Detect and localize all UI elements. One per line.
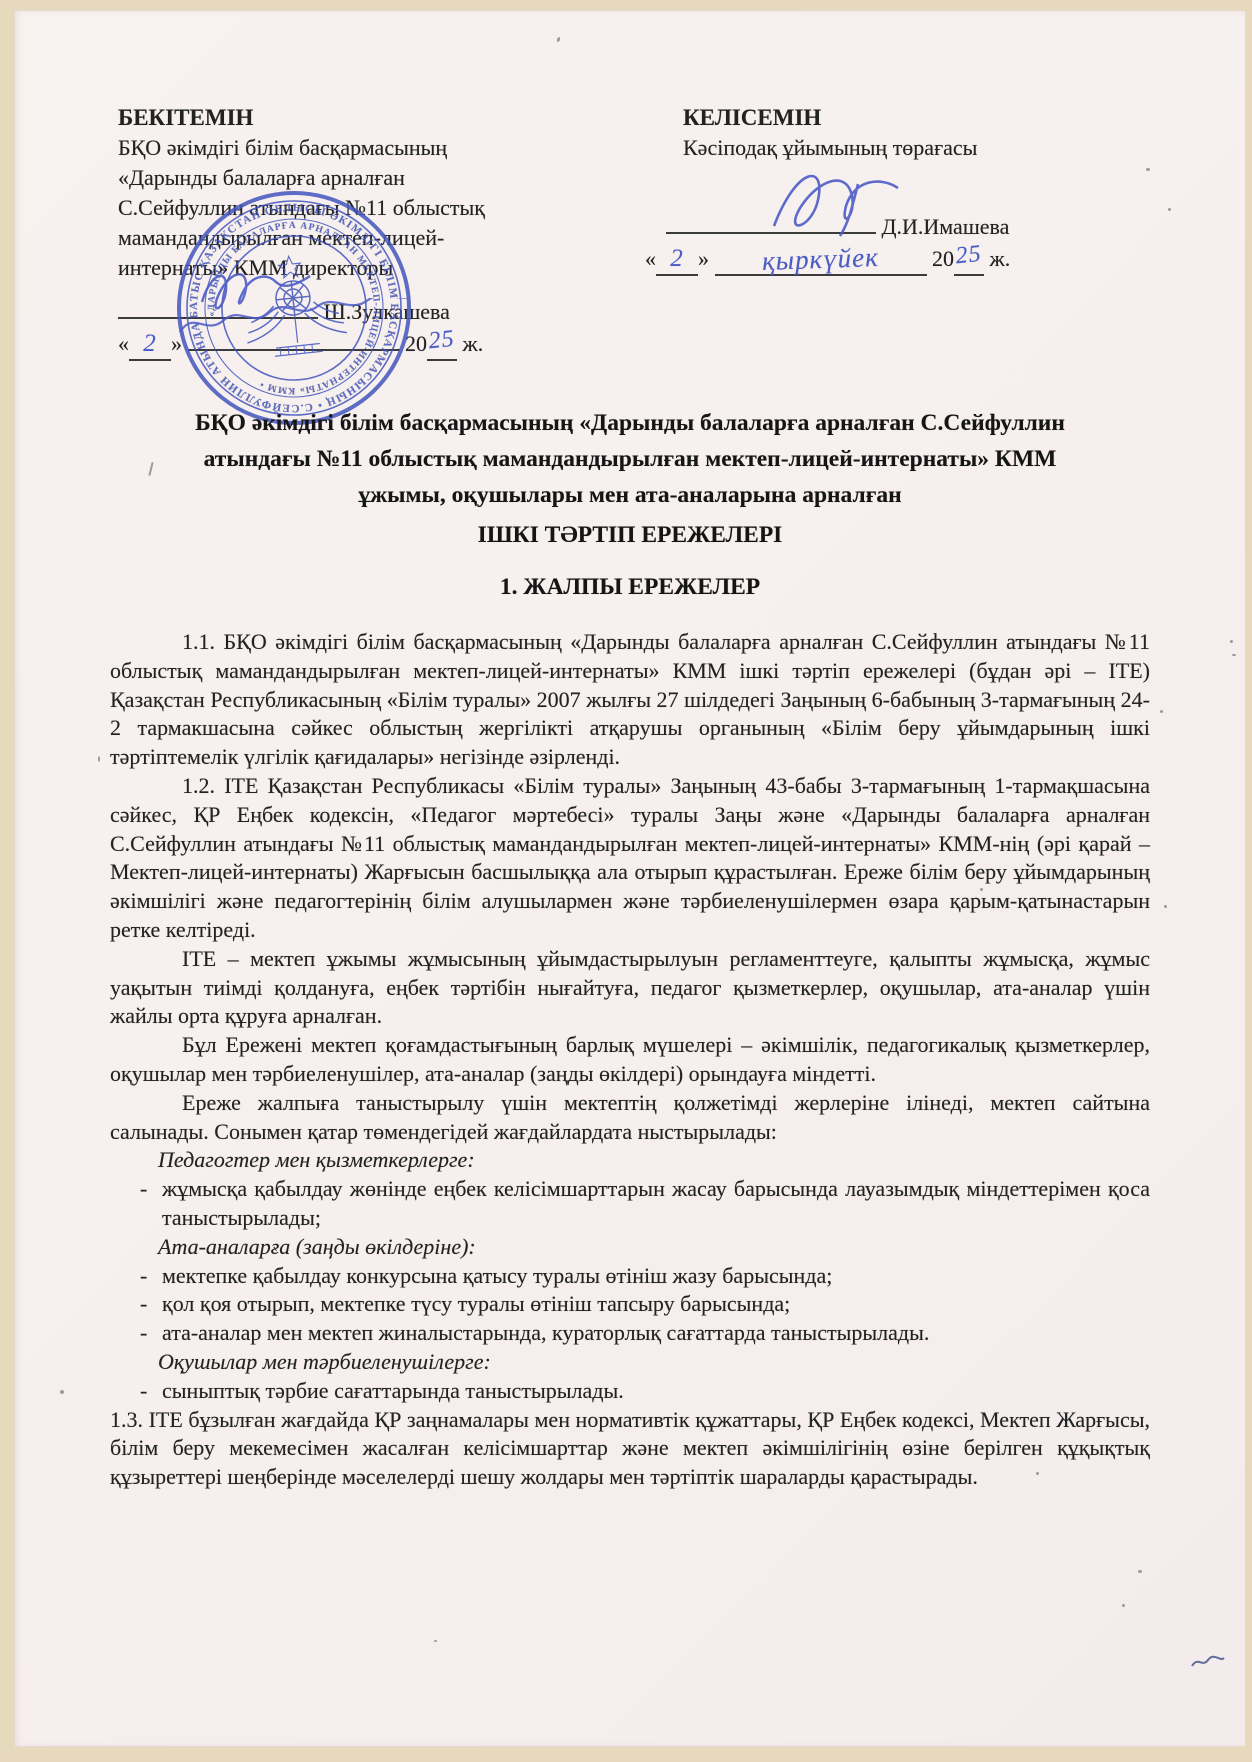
dash-marker: - — [140, 1319, 147, 1348]
paragraph-ite-purpose: ІТЕ – мектеп ұжымы жұмысының ұйымдастыры… — [110, 945, 1150, 1031]
stamp-emblem — [239, 251, 349, 359]
list-item: -қол қоя отырып, мектепке түсу туралы өт… — [110, 1290, 1150, 1319]
list-item: -ата-аналар мен мектеп жиналыстарында, к… — [110, 1319, 1150, 1348]
scanner-background: { "colors": { "scanner_background": "#e7… — [0, 0, 1252, 1762]
paragraph-familiarization: Ереже жалпыға таныстырылу үшін мектептің… — [110, 1089, 1150, 1147]
margin-pen-mark — [1190, 1652, 1226, 1672]
main-title-line: ұжымы, оқушылары мен ата-аналарына арнал… — [110, 477, 1150, 513]
approval-block-right: КЕЛІСЕМІН Кәсіподақ ұйымының төрағасы Д.… — [645, 103, 1185, 276]
year-suffix: ж. — [463, 331, 484, 356]
handwritten-day: 2 — [670, 245, 684, 272]
document-body: БҚО әкімдігі білім басқармасының «Дарынд… — [110, 405, 1150, 1492]
paragraph-1-3: 1.3. ІТЕ бұзылған жағдайда ҚР заңнамалар… — [110, 1406, 1150, 1492]
list-item: -сыныптық тәрбие сағаттарында таныстырыл… — [110, 1377, 1150, 1406]
approver-org-line: БҚО әкімдігі білім басқармасының — [118, 133, 598, 163]
paragraph-obligation: Бұл Ережені мектеп қоғамдастығының барлы… — [110, 1031, 1150, 1089]
main-title-line: БҚО әкімдігі білім басқармасының «Дарынд… — [110, 405, 1150, 441]
dash-marker: - — [140, 1377, 147, 1406]
list-label-parents: Ата-аналарға (заңды өкілдеріне): — [110, 1233, 1150, 1262]
section-1-text: 1.1. БҚО әкімдігі білім басқармасының «Д… — [110, 628, 1150, 1492]
handwritten-year: 25 — [428, 329, 456, 352]
rules-title: ІШКІ ТӘРТІП ЕРЕЖЕЛЕРІ — [110, 520, 1150, 550]
official-round-stamp: БАТЫС ҚАЗАҚСТАН ОБЛЫСЫ ӘКІМДІГІ БІЛІМ БА… — [160, 174, 428, 442]
signer-name: Д.И.Имашева — [882, 214, 1010, 239]
approve-heading: БЕКІТЕМІН — [118, 103, 598, 133]
union-chairman-line: Кәсіподақ ұйымының төрағасы — [683, 133, 1185, 163]
list-item: -жұмысқа қабылдау жөнінде еңбек келісімш… — [110, 1175, 1150, 1233]
quote-open: « — [645, 246, 656, 271]
date-row: «2» қыркүйек 2025 ж. — [645, 244, 1185, 276]
signature-line — [666, 232, 876, 234]
list-label-teachers: Педагогтер мен қызметкерлерге: — [110, 1146, 1150, 1175]
handwritten-month: қыркүйек — [762, 247, 879, 271]
section-1-title: 1. ЖАЛПЫ ЕРЕЖЕЛЕР — [110, 572, 1150, 602]
paragraph-1-2: 1.2. ІТЕ Қазақстан Республикасы «Білім т… — [110, 772, 1150, 945]
main-title-line: атындағы №11 облыстық мамандандырылған м… — [110, 441, 1150, 477]
dash-marker: - — [140, 1175, 147, 1204]
year-suffix: ж. — [990, 246, 1011, 271]
quote-open: « — [118, 331, 129, 356]
document-page: БЕКІТЕМІН БҚО әкімдігі білім басқармасын… — [14, 10, 1246, 1747]
handwritten-day: 2 — [143, 330, 157, 357]
quote-close: » — [698, 246, 709, 271]
document-main-title: БҚО әкімдігі білім басқармасының «Дарынд… — [110, 405, 1150, 513]
handwritten-year: 25 — [955, 244, 983, 267]
list-label-students: Оқушылар мен тәрбиеленушілерге: — [110, 1348, 1150, 1377]
list-item: -мектепке қабылдау конкурсына қатысу тур… — [110, 1262, 1150, 1291]
signature-row: Д.И.Имашева — [666, 212, 1185, 242]
paragraph-1-1: 1.1. БҚО әкімдігі білім басқармасының «Д… — [110, 628, 1150, 772]
year-prefix: 20 — [932, 246, 954, 271]
dash-marker: - — [140, 1290, 147, 1319]
dash-marker: - — [140, 1262, 147, 1291]
agree-heading: КЕЛІСЕМІН — [683, 103, 1185, 133]
